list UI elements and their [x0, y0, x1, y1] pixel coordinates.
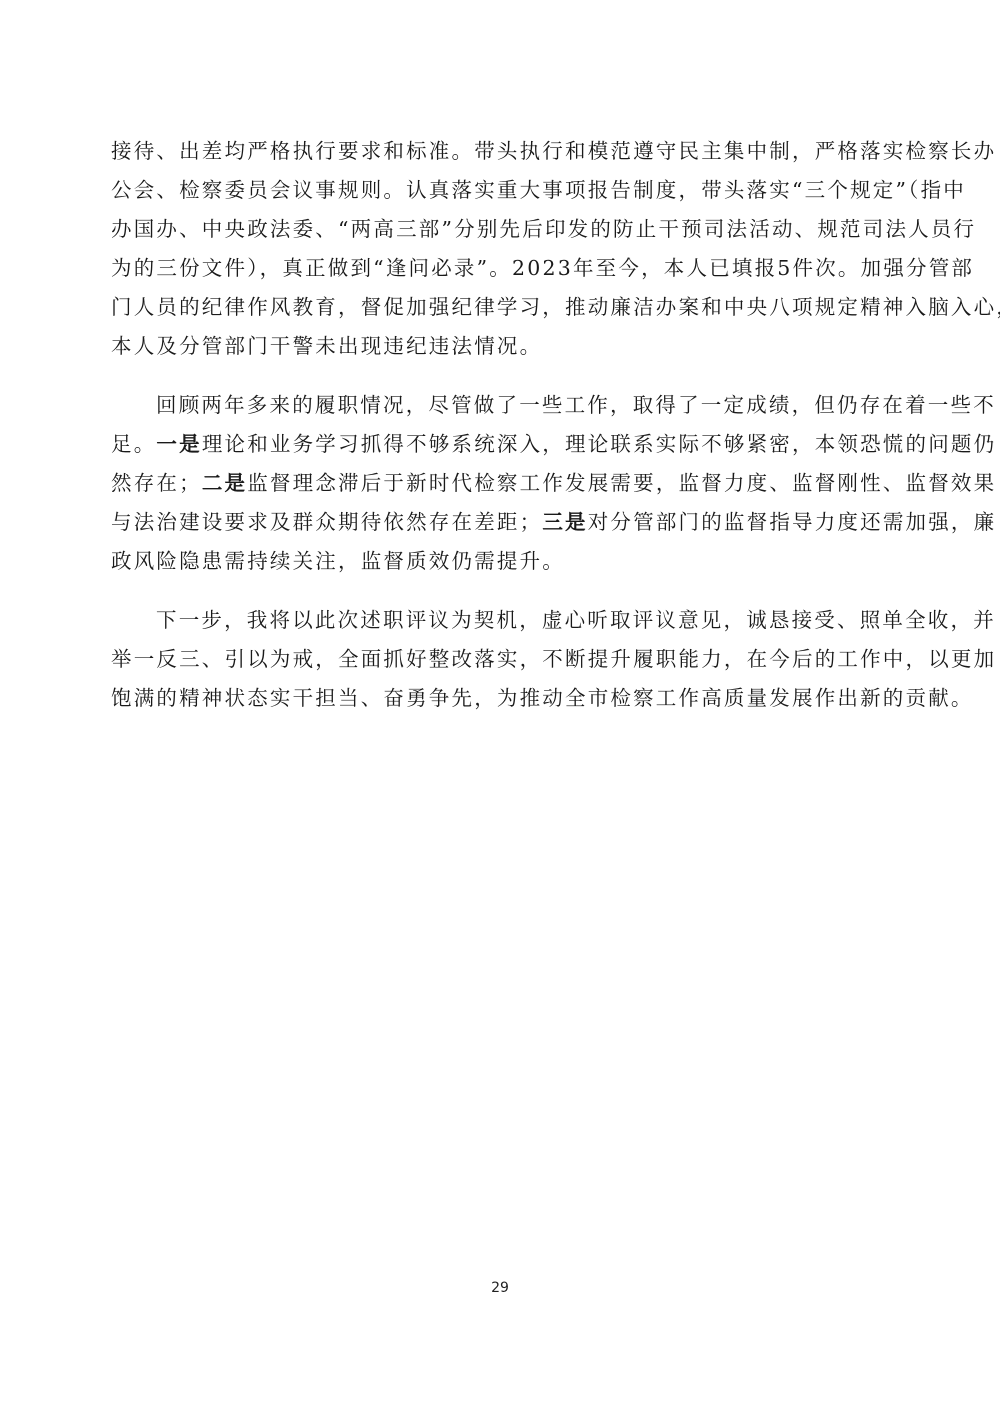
paragraph-3: 下一步，我将以此次述职评议为契机，虚心听取评议意见，诚恳接受、照单全收，并举一反… [111, 601, 891, 718]
text-segment: 理论和业务学习抓得不够系统深入，理论联系实际不够紧密，本领恐慌的问题仍 [202, 432, 997, 456]
text-line: 本人及分管部门干警未出现违纪违法情况。 [111, 327, 891, 366]
page-number: 29 [0, 1280, 1000, 1296]
text-segment: 然存在； [111, 471, 202, 495]
text-segment: 办国办、中央政法委、“两高三部”分别先后印发的防止干预司法活动、规范司法人员行 [111, 217, 976, 241]
bold-emphasis: 一是 [156, 432, 201, 456]
text-line: 接待、出差均严格执行要求和标准。带头执行和模范遵守民主集中制，严格落实检察长办 [111, 132, 891, 171]
text-line: 足。一是理论和业务学习抓得不够系统深入，理论联系实际不够紧密，本领恐慌的问题仍 [111, 425, 891, 464]
body-text: 接待、出差均严格执行要求和标准。带头执行和模范遵守民主集中制，严格落实检察长办公… [111, 132, 891, 718]
bold-emphasis: 二是 [202, 471, 247, 495]
text-segment: 下一步，我将以此次述职评议为契机，虚心听取评议意见，诚恳接受、照单全收，并 [156, 608, 996, 632]
text-segment: 回顾两年多来的履职情况，尽管做了一些工作，取得了一定成绩，但仍存在着一些不 [156, 393, 996, 417]
text-line: 门人员的纪律作风教育，督促加强纪律学习，推动廉洁办案和中央八项规定精神入脑入心， [111, 288, 891, 327]
text-line: 与法治建设要求及群众期待依然存在差距；三是对分管部门的监督指导力度还需加强，廉 [111, 503, 891, 542]
bold-emphasis: 三是 [542, 510, 587, 534]
text-segment: 本人及分管部门干警未出现违纪违法情况。 [111, 334, 542, 358]
text-segment: 接待、出差均严格执行要求和标准。带头执行和模范遵守民主集中制，严格落实检察长办 [111, 139, 996, 163]
text-segment: 对分管部门的监督指导力度还需加强，廉 [588, 510, 997, 534]
text-line: 饱满的精神状态实干担当、奋勇争先，为推动全市检察工作高质量发展作出新的贡献。 [111, 679, 891, 718]
text-line: 下一步，我将以此次述职评议为契机，虚心听取评议意见，诚恳接受、照单全收，并 [111, 601, 891, 640]
document-page: 接待、出差均严格执行要求和标准。带头执行和模范遵守民主集中制，严格落实检察长办公… [0, 0, 1000, 1415]
text-line: 为的三份文件），真正做到“逢问必录”。2023年至今，本人已填报5件次。加强分管… [111, 249, 891, 288]
text-segment: 足。 [111, 432, 156, 456]
text-segment: 公会、检察委员会议事规则。认真落实重大事项报告制度，带头落实“三个规定”（指中 [111, 178, 966, 202]
text-line: 政风险隐患需持续关注，监督质效仍需提升。 [111, 542, 891, 581]
text-line: 举一反三、引以为戒，全面抓好整改落实，不断提升履职能力，在今后的工作中，以更加 [111, 640, 891, 679]
text-segment: 与法治建设要求及群众期待依然存在差距； [111, 510, 542, 534]
paragraph-1: 接待、出差均严格执行要求和标准。带头执行和模范遵守民主集中制，严格落实检察长办公… [111, 132, 891, 366]
text-segment: 监督理念滞后于新时代检察工作发展需要，监督力度、监督刚性、监督效果 [247, 471, 996, 495]
paragraph-2: 回顾两年多来的履职情况，尽管做了一些工作，取得了一定成绩，但仍存在着一些不足。一… [111, 386, 891, 581]
text-line: 回顾两年多来的履职情况，尽管做了一些工作，取得了一定成绩，但仍存在着一些不 [111, 386, 891, 425]
text-line: 公会、检察委员会议事规则。认真落实重大事项报告制度，带头落实“三个规定”（指中 [111, 171, 891, 210]
text-segment: 举一反三、引以为戒，全面抓好整改落实，不断提升履职能力，在今后的工作中，以更加 [111, 647, 996, 671]
text-line: 办国办、中央政法委、“两高三部”分别先后印发的防止干预司法活动、规范司法人员行 [111, 210, 891, 249]
text-segment: 为的三份文件），真正做到“逢问必录”。2023年至今，本人已填报5件次。加强分管… [111, 256, 974, 280]
text-line: 然存在；二是监督理念滞后于新时代检察工作发展需要，监督力度、监督刚性、监督效果 [111, 464, 891, 503]
text-segment: 政风险隐患需持续关注，监督质效仍需提升。 [111, 549, 565, 573]
text-segment: 门人员的纪律作风教育，督促加强纪律学习，推动廉洁办案和中央八项规定精神入脑入心， [111, 295, 1000, 319]
text-segment: 饱满的精神状态实干担当、奋勇争先，为推动全市检察工作高质量发展作出新的贡献。 [111, 686, 974, 710]
